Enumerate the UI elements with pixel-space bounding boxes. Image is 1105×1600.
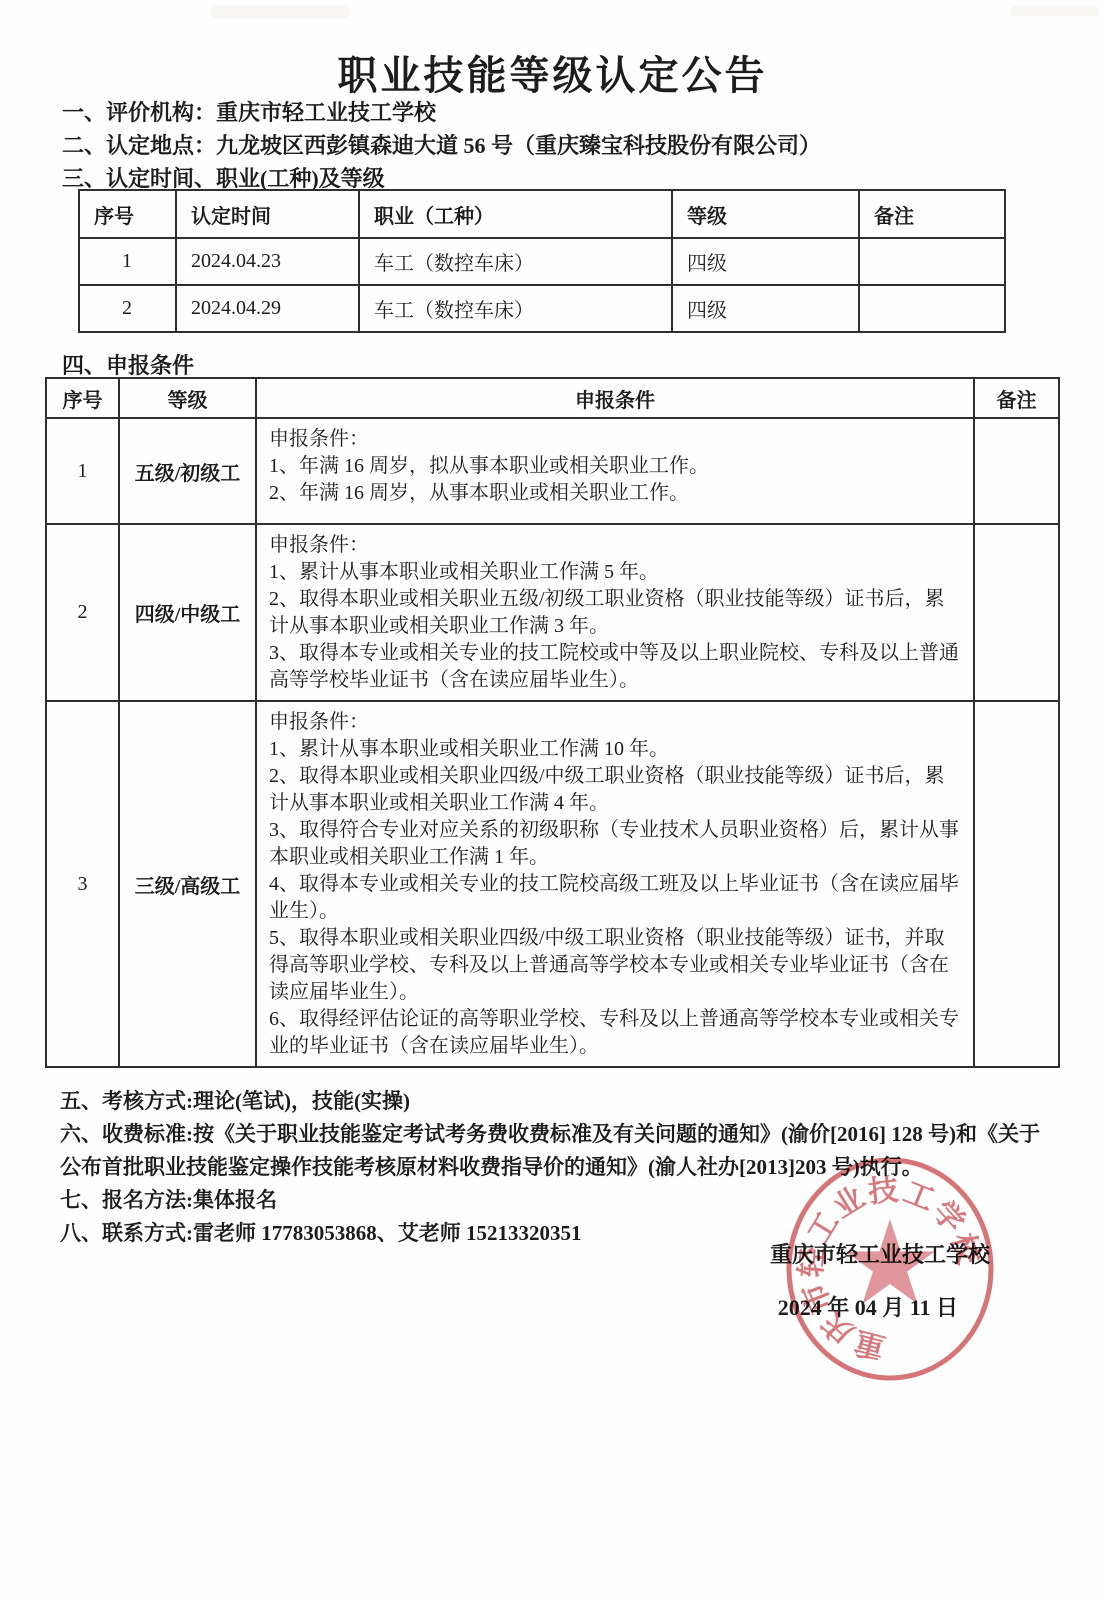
- condition-line: 3、取得符合专业对应关系的初级职称（专业技术人员职业资格）后，累计从事本职业或相…: [269, 817, 963, 871]
- cell-occupation: 车工（数控车床）: [359, 285, 672, 332]
- cell-level: 四级: [672, 238, 859, 285]
- cell-no: 2: [46, 524, 119, 701]
- cell-note: [859, 238, 1005, 285]
- cell-note: [974, 524, 1059, 701]
- document-page: 职业技能等级认定公告 一、评价机构：重庆市轻工业技工学校 二、认定地点：九龙坡区…: [0, 0, 1105, 1600]
- intro-section: 一、评价机构：重庆市轻工业技工学校 二、认定地点：九龙坡区西彭镇森迪大道 56 …: [62, 96, 1062, 195]
- cell-conditions: 申报条件： 1、累计从事本职业或相关职业工作满 10 年。 2、取得本职业或相关…: [256, 701, 974, 1067]
- condition-line: 2、年满 16 周岁，从事本职业或相关职业工作。: [269, 480, 963, 507]
- footer-item-assessment: 五、考核方式:理论(笔试)，技能(实操): [60, 1085, 1050, 1118]
- cell-no: 1: [79, 238, 176, 285]
- col-header-occupation: 职业（工种）: [359, 190, 672, 238]
- condition-line: 1、累计从事本职业或相关职业工作满 10 年。: [269, 736, 963, 763]
- table-row: 1 2024.04.23 车工（数控车床） 四级: [79, 238, 1005, 285]
- col-header-conditions: 申报条件: [256, 378, 974, 418]
- conditions-header-row: 序号 等级 申报条件 备注: [46, 378, 1059, 418]
- star-icon: [845, 1219, 934, 1304]
- table-row: 1 五级/初级工 申报条件： 1、年满 16 周岁，拟从事本职业或相关职业工作。…: [46, 418, 1059, 524]
- official-seal-stamp: 重 庆 市 轻 工 业 技 工 学 校: [782, 1152, 1002, 1384]
- cell-level: 四级/中级工: [119, 524, 256, 701]
- cell-level: 三级/高级工: [119, 701, 256, 1067]
- conditions-table: 序号 等级 申报条件 备注 1 五级/初级工 申报条件： 1、年满 16 周岁，…: [45, 377, 1060, 1068]
- col-header-note: 备注: [859, 190, 1005, 238]
- page-title: 职业技能等级认定公告: [0, 44, 1105, 101]
- cell-date: 2024.04.29: [176, 285, 359, 332]
- cell-no: 1: [46, 418, 119, 524]
- table-row: 2 2024.04.29 车工（数控车床） 四级: [79, 285, 1005, 332]
- condition-line: 2、取得本职业或相关职业四级/中级工职业资格（职业技能等级）证书后，累计从事本职…: [269, 763, 963, 817]
- cell-no: 2: [79, 285, 176, 332]
- cell-occupation: 车工（数控车床）: [359, 238, 672, 285]
- cell-conditions: 申报条件： 1、累计从事本职业或相关职业工作满 5 年。 2、取得本职业或相关职…: [256, 524, 974, 701]
- cell-note: [859, 285, 1005, 332]
- condition-line: 1、年满 16 周岁，拟从事本职业或相关职业工作。: [269, 453, 963, 480]
- condition-line: 4、取得本专业或相关专业的技工院校高级工班及以上毕业证书（含在读应届毕业生）。: [269, 871, 963, 925]
- stamp-char: 轻: [794, 1245, 830, 1280]
- table-row: 3 三级/高级工 申报条件： 1、累计从事本职业或相关职业工作满 10 年。 2…: [46, 701, 1059, 1067]
- table-row: 2 四级/中级工 申报条件： 1、累计从事本职业或相关职业工作满 5 年。 2、…: [46, 524, 1059, 701]
- cell-date: 2024.04.23: [176, 238, 359, 285]
- intro-item-evaluator: 一、评价机构：重庆市轻工业技工学校: [62, 96, 1062, 129]
- stamp-char: 校: [945, 1230, 985, 1268]
- stamp-char: 重: [851, 1324, 889, 1364]
- condition-line: 申报条件：: [269, 426, 963, 453]
- col-header-note: 备注: [974, 378, 1059, 418]
- condition-line: 申报条件：: [269, 709, 963, 736]
- cell-level: 五级/初级工: [119, 418, 256, 524]
- stamp-char: 技: [867, 1174, 900, 1209]
- scan-artifact: [1010, 6, 1100, 16]
- cell-note: [974, 701, 1059, 1067]
- col-header-level: 等级: [119, 378, 256, 418]
- cell-conditions: 申报条件： 1、年满 16 周岁，拟从事本职业或相关职业工作。 2、年满 16 …: [256, 418, 974, 524]
- cell-level: 四级: [672, 285, 859, 332]
- intro-item-location: 二、认定地点：九龙坡区西彭镇森迪大道 56 号（重庆臻宝科技股份有限公司）: [62, 129, 1062, 162]
- schedule-header-row: 序号 认定时间 职业（工种） 等级 备注: [79, 190, 1005, 238]
- schedule-table: 序号 认定时间 职业（工种） 等级 备注 1 2024.04.23 车工（数控车…: [78, 189, 1006, 333]
- condition-line: 2、取得本职业或相关职业五级/初级工职业资格（职业技能等级）证书后，累计从事本职…: [269, 586, 963, 640]
- condition-line: 5、取得本职业或相关职业四级/中级工职业资格（职业技能等级）证书，并取得高等职业…: [269, 925, 963, 1006]
- col-header-no: 序号: [46, 378, 119, 418]
- condition-line: 3、取得本专业或相关专业的技工院校或中等及以上职业院校、专科及以上普通高等学校毕…: [269, 640, 963, 694]
- condition-line: 6、取得经评估论证的高等职业学校、专科及以上普通高等学校本专业或相关专业的毕业证…: [269, 1006, 963, 1060]
- cell-no: 3: [46, 701, 119, 1067]
- condition-line: 申报条件：: [269, 532, 963, 559]
- scan-artifact: [210, 6, 350, 18]
- col-header-level: 等级: [672, 190, 859, 238]
- col-header-date: 认定时间: [176, 190, 359, 238]
- condition-line: 1、累计从事本职业或相关职业工作满 5 年。: [269, 559, 963, 586]
- cell-note: [974, 418, 1059, 524]
- section-heading-conditions: 四、申报条件: [62, 349, 194, 380]
- col-header-no: 序号: [79, 190, 176, 238]
